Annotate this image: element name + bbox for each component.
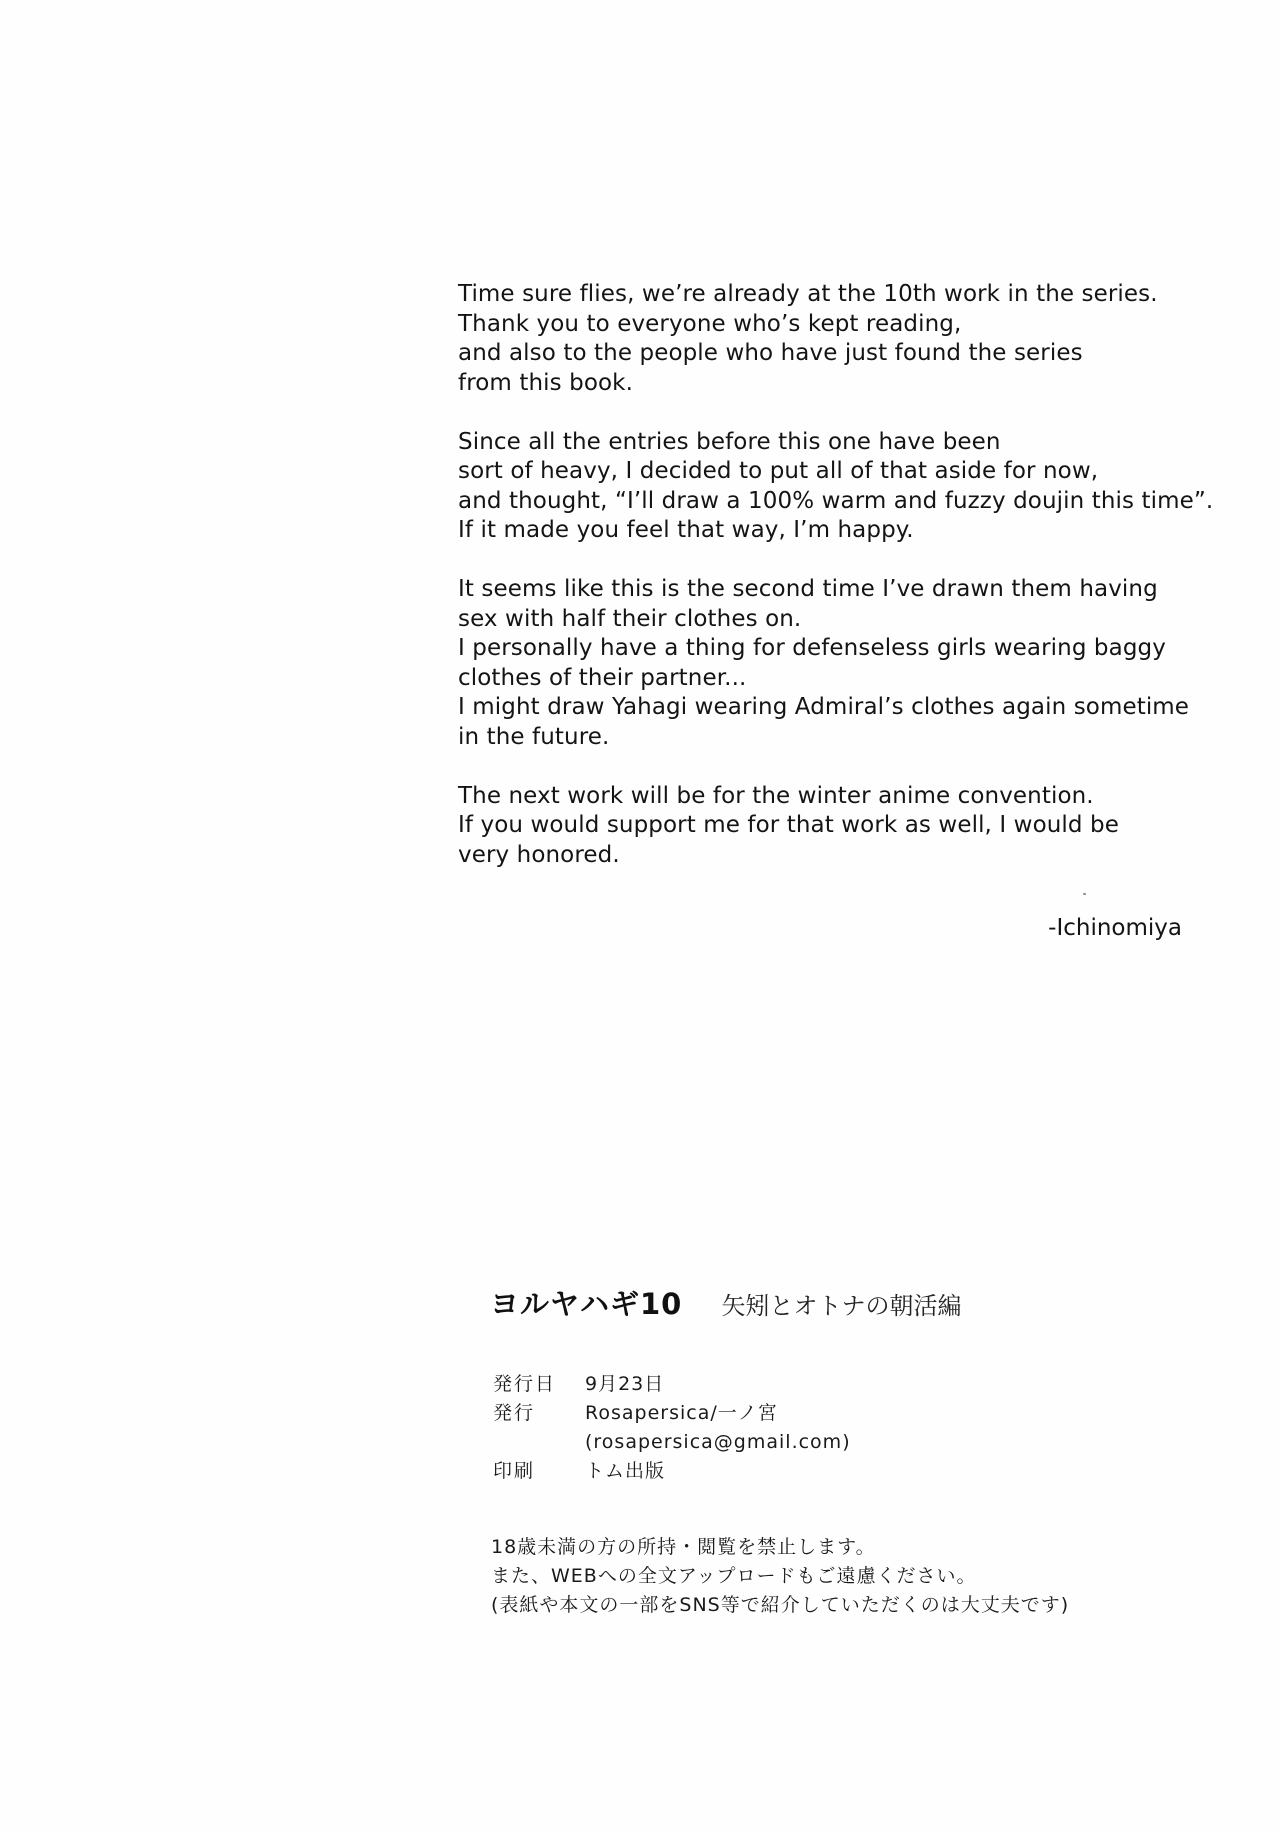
colophon-value: Rosapersica/一ノ宮	[585, 1399, 778, 1428]
text-line: Time sure flies, we’re already at the 10…	[458, 280, 1218, 310]
afterword-paragraph: The next work will be for the winter ani…	[458, 782, 1218, 871]
colophon-row-publisher: 発行 Rosapersica/一ノ宮	[493, 1399, 851, 1428]
colophon-value: 9月23日	[585, 1370, 664, 1399]
notice-line: 18歳未満の方の所持・閲覧を禁止します。	[491, 1533, 1069, 1562]
colophon-table: 発行日 9月23日 発行 Rosapersica/一ノ宮 (rosapersic…	[493, 1370, 851, 1486]
text-line: from this book.	[458, 369, 1218, 399]
text-line: I personally have a thing for defenseles…	[458, 634, 1218, 664]
text-line: and also to the people who have just fou…	[458, 339, 1218, 369]
colophon-email: (rosapersica@gmail.com)	[585, 1428, 851, 1457]
colophon-label	[493, 1428, 585, 1457]
text-line: and thought, “I’ll draw a 100% warm and …	[458, 487, 1218, 517]
text-line: Thank you to everyone who’s kept reading…	[458, 310, 1218, 340]
text-line: sex with half their clothes on.	[458, 605, 1218, 635]
text-line: The next work will be for the winter ani…	[458, 782, 1218, 812]
afterword-paragraph: It seems like this is the second time I’…	[458, 575, 1218, 752]
colophon-value: トム出版	[585, 1457, 665, 1486]
text-line: It seems like this is the second time I’…	[458, 575, 1218, 605]
author-signature: -Ichinomiya	[1048, 913, 1182, 943]
afterword-paragraph: Time sure flies, we’re already at the 10…	[458, 280, 1218, 398]
colophon-row-printer: 印刷 トム出版	[493, 1457, 851, 1486]
text-line: in the future.	[458, 723, 1218, 753]
text-line: If you would support me for that work as…	[458, 811, 1218, 841]
colophon-label: 発行日	[493, 1370, 585, 1399]
text-line: clothes of their partner...	[458, 664, 1218, 694]
colophon-label: 発行	[493, 1399, 585, 1428]
colophon-row-date: 発行日 9月23日	[493, 1370, 851, 1399]
notice-line: (表紙や本文の一部をSNS等で紹介していただくのは大丈夫です)	[491, 1591, 1069, 1620]
text-line: very honored.	[458, 841, 1218, 871]
text-line: If it made you feel that way, I’m happy.	[458, 516, 1218, 546]
scan-speck	[1083, 893, 1086, 895]
notice-line: また、WEBへの全文アップロードもご遠慮ください。	[491, 1562, 1069, 1591]
afterword-text: Time sure flies, we’re already at the 10…	[458, 280, 1218, 900]
book-title: ヨルヤハギ10 矢矧とオトナの朝活編	[490, 1282, 961, 1323]
document-page: Time sure flies, we’re already at the 10…	[0, 0, 1280, 1831]
text-line: I might draw Yahagi wearing Admiral’s cl…	[458, 693, 1218, 723]
afterword-paragraph: Since all the entries before this one ha…	[458, 428, 1218, 546]
text-line: sort of heavy, I decided to put all of t…	[458, 457, 1218, 487]
colophon-row-email: (rosapersica@gmail.com)	[493, 1428, 851, 1457]
colophon-label: 印刷	[493, 1457, 585, 1486]
age-restriction-notice: 18歳未満の方の所持・閲覧を禁止します。 また、WEBへの全文アップロードもご遠…	[491, 1533, 1069, 1620]
book-title-main: ヨルヤハギ10	[490, 1287, 682, 1321]
book-title-subtitle: 矢矧とオトナの朝活編	[721, 1292, 961, 1320]
text-line: Since all the entries before this one ha…	[458, 428, 1218, 458]
